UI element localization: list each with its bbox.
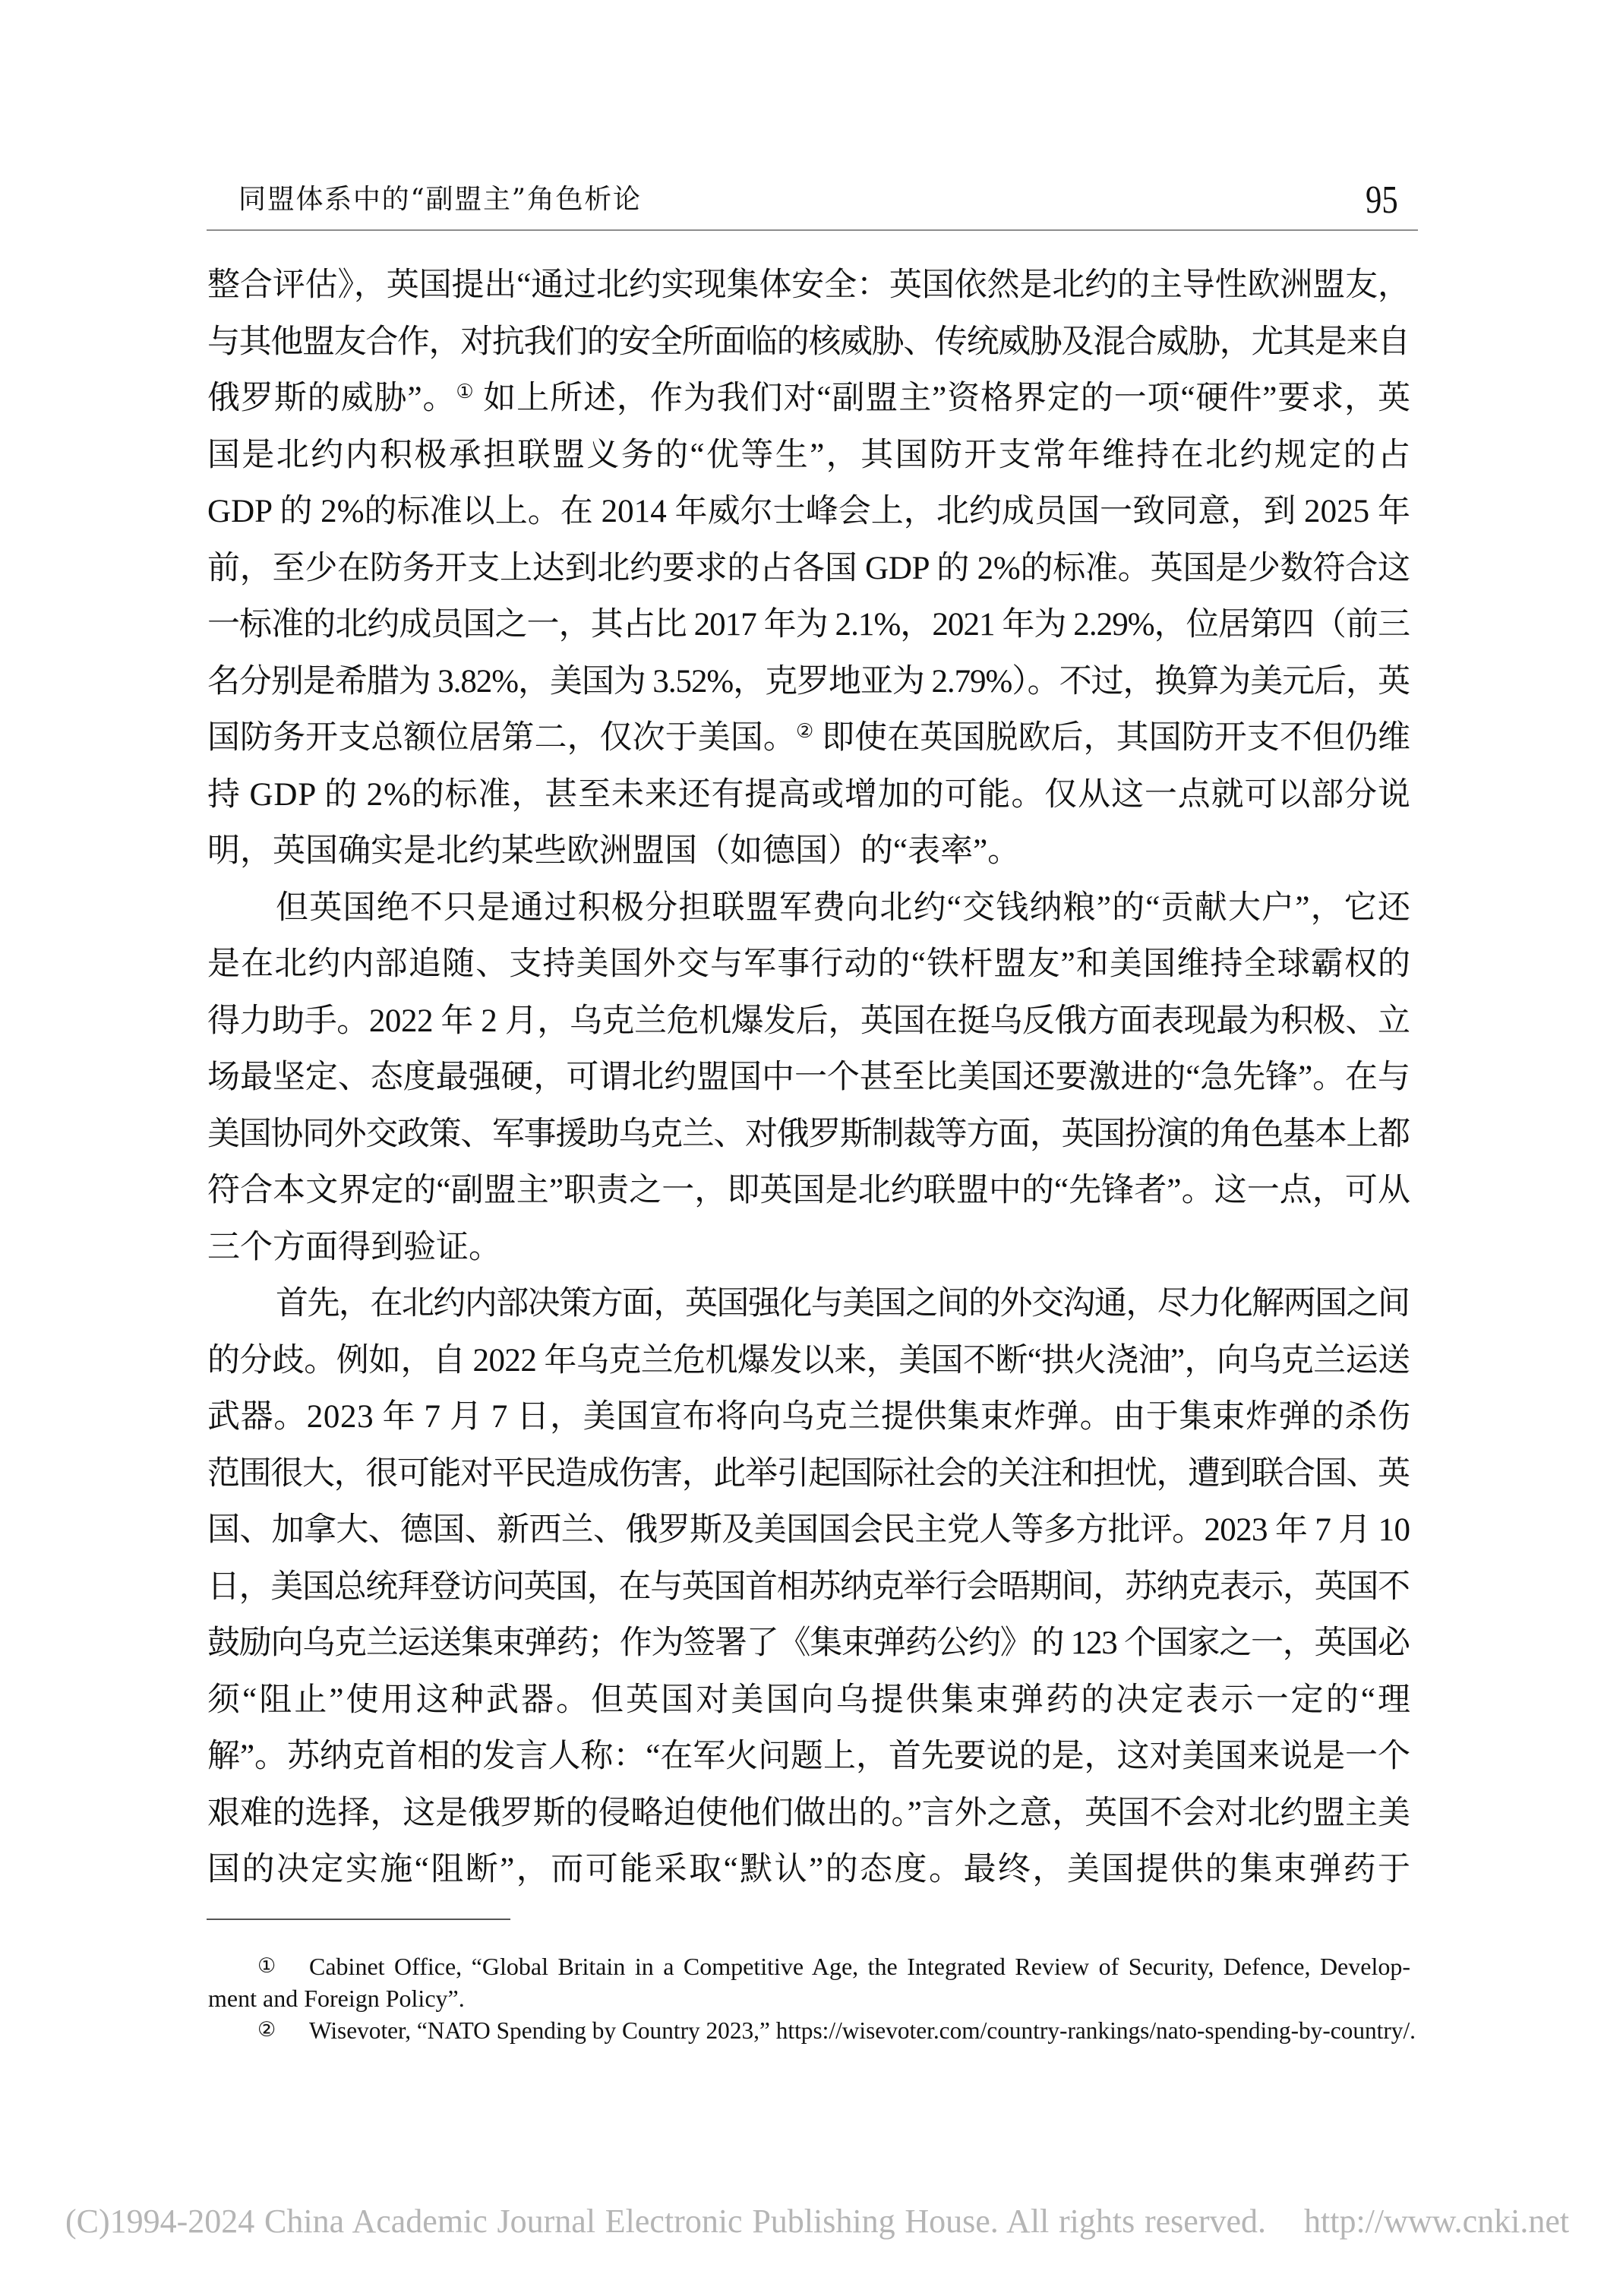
line-text: 解”。苏纳克首相的发言人称：“在军火问题上，首先要说的是，这对美国来说是一个 — [207, 1729, 1410, 1786]
line-text: 俄罗斯的威胁”。① 如上所述，作为我们对“副盟主”资格界定的一项“硬件”要求，英 — [207, 371, 1411, 428]
body-line: 名分别是希腊为 3.82%，美国为 3.52%，克罗地亚为 2.79%）。不过，… — [207, 654, 1410, 711]
line-segment: 国防务开支总额位居第二，仅次于美国。 — [207, 720, 796, 756]
footnote-marker-1: ① — [257, 1950, 276, 1982]
line-segment: 如上所述，作为我们对“副盟主”资格界定的一项“硬件”要求，英 — [475, 381, 1411, 416]
copyright-notice: (C)1994-2024 China Academic Journal Elec… — [65, 2203, 1266, 2241]
body-line: 与其他盟友合作，对抗我们的安全所面临的核威胁、传统威胁及混合威胁，尤其是来自 — [207, 314, 1410, 371]
body-line: 武器。2023 年 7 月 7 日，美国宣布将向乌克兰提供集束炸弹。由于集束炸弹… — [207, 1389, 1410, 1446]
line-text: 与其他盟友合作，对抗我们的安全所面临的核威胁、传统威胁及混合威胁，尤其是来自 — [207, 314, 1410, 371]
footnote-text: ment and Foreign Policy”. — [208, 1982, 465, 2014]
body-line: 俄罗斯的威胁”。① 如上所述，作为我们对“副盟主”资格界定的一项“硬件”要求，英 — [207, 371, 1410, 428]
body-line: 日，美国总统拜登访问英国，在与英国首相苏纳克举行会晤期间，苏纳克表示，英国不 — [207, 1559, 1410, 1616]
line-text: 得力助手。2022 年 2 月，乌克兰危机爆发后，英国在挺乌反俄方面表现最为积极… — [207, 993, 1410, 1050]
running-title-text: 同盟体系中的“副盟主”角色析论 — [238, 185, 642, 215]
body-line: 得力助手。2022 年 2 月，乌克兰危机爆发后，英国在挺乌反俄方面表现最为积极… — [207, 993, 1410, 1050]
copyright-text: (C)1994-2024 China Academic Journal Elec… — [65, 2203, 1266, 2241]
body-line: 国、加拿大、德国、新西兰、俄罗斯及美国国会民主党人等多方批评。2023 年 7 … — [207, 1502, 1410, 1559]
line-text: 国、加拿大、德国、新西兰、俄罗斯及美国国会民主党人等多方批评。2023 年 7 … — [207, 1502, 1410, 1559]
body-line: GDP 的 2%的标准以上。在 2014 年威尔士峰会上，北约成员国一致同意，到… — [207, 484, 1410, 541]
body-line: 须“阻止”使用这种武器。但英国对美国向乌提供集束弹药的决定表示一定的“理 — [207, 1672, 1410, 1729]
line-text: 美国协同外交政策、军事援助乌克兰、对俄罗斯制裁等方面，英国扮演的角色基本上都 — [207, 1107, 1410, 1164]
body-line: 国防务开支总额位居第二，仅次于美国。② 即使在英国脱欧后，其国防开支不但仍维 — [207, 710, 1410, 767]
footnote-2-line-1: Wisevoter, “NATO Spending by Country 202… — [309, 2014, 1439, 2046]
line-text: 名分别是希腊为 3.82%，美国为 3.52%，克罗地亚为 2.79%）。不过，… — [207, 654, 1410, 711]
footnote-ref-2: ② — [796, 720, 813, 743]
footnote-1-line-2: ment and Foreign Policy”. — [208, 1982, 465, 2014]
body-line: 符合本文界定的“副盟主”职责之一，即英国是北约联盟中的“先锋者”。这一点，可从 — [207, 1163, 1410, 1220]
line-text: 艰难的选择，这是俄罗斯的侵略迫使他们做出的。”言外之意，英国不会对北约盟主美 — [207, 1786, 1410, 1843]
body-line-first: 首先，在北约内部决策方面，英国强化与美国之间的外交沟通，尽力化解两国之间 — [207, 1276, 1410, 1333]
body-line: 场最坚定、态度最强硬，可谓北约盟国中一个甚至比美国还要激进的“急先锋”。在与 — [207, 1050, 1410, 1107]
body-line: 前，至少在防务开支上达到北约要求的占各国 GDP 的 2%的标准。英国是少数符合… — [207, 541, 1410, 598]
line-text: 的分歧。例如，自 2022 年乌克兰危机爆发以来，美国不断“拱火浇油”，向乌克兰… — [207, 1333, 1410, 1390]
line-text: 持 GDP 的 2%的标准，甚至未来还有提高或增加的可能。仅从这一点就可以部分说 — [207, 767, 1411, 824]
body-line: 鼓励向乌克兰运送集束弹药；作为签署了《集束弹药公约》的 123 个国家之一，英国… — [207, 1615, 1410, 1672]
body-line-first: 但英国绝不只是通过积极分担联盟军费向北约“交钱纳粮”的“贡献大户”，它还 — [207, 880, 1410, 937]
line-text: GDP 的 2%的标准以上。在 2014 年威尔士峰会上，北约成员国一致同意，到… — [207, 484, 1410, 541]
body-line: 国是北约内积极承担联盟义务的“优等生”，其国防开支常年维持在北约规定的占 — [207, 428, 1410, 485]
journal-page: 同盟体系中的“副盟主”角色析论 95 整合评估》，英国提出“通过北约实现集体安全… — [0, 0, 1623, 2296]
line-text: 一标准的北约成员国之一，其占比 2017 年为 2.1%，2021 年为 2.2… — [207, 597, 1410, 654]
body-line-last: 明，英国确实是北约某些欧洲盟国（如德国）的“表率”。 — [207, 823, 1410, 880]
line-text: 国的决定实施“阻断”，而可能采取“默认”的态度。最终，美国提供的集束弹药于 — [207, 1842, 1412, 1899]
line-text: 国防务开支总额位居第二，仅次于美国。② 即使在英国脱欧后，其国防开支不但仍维 — [207, 710, 1410, 767]
body-line: 艰难的选择，这是俄罗斯的侵略迫使他们做出的。”言外之意，英国不会对北约盟主美 — [207, 1786, 1410, 1843]
running-title: 同盟体系中的“副盟主”角色析论 — [238, 185, 642, 215]
page-number: 95 — [1366, 178, 1398, 223]
line-text: 武器。2023 年 7 月 7 日，美国宣布将向乌克兰提供集束炸弹。由于集束炸弹… — [207, 1389, 1411, 1446]
footnote-marker-2: ② — [257, 2014, 276, 2046]
body-line: 持 GDP 的 2%的标准，甚至未来还有提高或增加的可能。仅从这一点就可以部分说 — [207, 767, 1410, 824]
footnote-1-line-1: Cabinet Office, “Global Britain in a Com… — [309, 1950, 1410, 1982]
body-line: 一标准的北约成员国之一，其占比 2017 年为 2.1%，2021 年为 2.2… — [207, 597, 1410, 654]
line-text: 范围很大，很可能对平民造成伤害，此举引起国际社会的关注和担忧，遭到联合国、英 — [207, 1446, 1410, 1503]
body-line: 的分歧。例如，自 2022 年乌克兰危机爆发以来，美国不断“拱火浇油”，向乌克兰… — [207, 1333, 1410, 1390]
line-text: 符合本文界定的“副盟主”职责之一，即英国是北约联盟中的“先锋者”。这一点，可从 — [207, 1163, 1410, 1220]
line-text: 是在北约内部追随、支持美国外交与军事行动的“铁杆盟友”和美国维持全球霸权的 — [207, 936, 1411, 993]
body-text: 整合评估》，英国提出“通过北约实现集体安全：英国依然是北约的主导性欧洲盟友， 与… — [207, 257, 1410, 1899]
line-text: 整合评估》，英国提出“通过北约实现集体安全：英国依然是北约的主导性欧洲盟友， — [207, 257, 1410, 314]
line-segment: 俄罗斯的威胁”。 — [207, 381, 456, 416]
line-text: 但英国绝不只是通过积极分担联盟军费向北约“交钱纳粮”的“贡献大户”，它还 — [276, 880, 1411, 937]
line-text: 国是北约内积极承担联盟义务的“优等生”，其国防开支常年维持在北约规定的占 — [207, 428, 1412, 485]
body-line: 解”。苏纳克首相的发言人称：“在军火问题上，首先要说的是，这对美国来说是一个 — [207, 1729, 1410, 1786]
footnote-ref-1: ① — [456, 381, 474, 403]
body-line: 国的决定实施“阻断”，而可能采取“默认”的态度。最终，美国提供的集束弹药于 — [207, 1842, 1410, 1899]
body-line: 是在北约内部追随、支持美国外交与军事行动的“铁杆盟友”和美国维持全球霸权的 — [207, 936, 1410, 993]
line-text: 鼓励向乌克兰运送集束弹药；作为签署了《集束弹药公约》的 123 个国家之一，英国… — [207, 1615, 1410, 1672]
line-text: 日，美国总统拜登访问英国，在与英国首相苏纳克举行会晤期间，苏纳克表示，英国不 — [207, 1559, 1410, 1616]
line-text: 场最坚定、态度最强硬，可谓北约盟国中一个甚至比美国还要激进的“急先锋”。在与 — [207, 1050, 1410, 1107]
body-line: 美国协同外交政策、军事援助乌克兰、对俄罗斯制裁等方面，英国扮演的角色基本上都 — [207, 1107, 1410, 1164]
line-text: 明，英国确实是北约某些欧洲盟国（如德国）的“表率”。 — [207, 823, 1020, 880]
publisher-url: http://www.cnki.net — [1304, 2203, 1569, 2241]
header-rule — [207, 229, 1418, 231]
body-line: 整合评估》，英国提出“通过北约实现集体安全：英国依然是北约的主导性欧洲盟友， — [207, 257, 1410, 314]
line-text: 三个方面得到验证。 — [207, 1220, 501, 1277]
line-segment: 即使在英国脱欧后，其国防开支不但仍维 — [813, 720, 1410, 756]
footnote-text: Cabinet Office, “Global Britain in a Com… — [309, 1950, 1410, 1982]
footnote-text: Wisevoter, “NATO Spending by Country 202… — [309, 2014, 1416, 2046]
line-text: 首先，在北约内部决策方面，英国强化与美国之间的外交沟通，尽力化解两国之间 — [276, 1276, 1409, 1333]
line-text: 前，至少在防务开支上达到北约要求的占各国 GDP 的 2%的标准。英国是少数符合… — [207, 541, 1410, 598]
line-text: 须“阻止”使用这种武器。但英国对美国向乌提供集束弹药的决定表示一定的“理 — [207, 1672, 1413, 1729]
body-line: 范围很大，很可能对平民造成伤害，此举引起国际社会的关注和担忧，遭到联合国、英 — [207, 1446, 1410, 1503]
body-line-last: 三个方面得到验证。 — [207, 1220, 1410, 1277]
footnote-separator — [207, 1919, 510, 1920]
